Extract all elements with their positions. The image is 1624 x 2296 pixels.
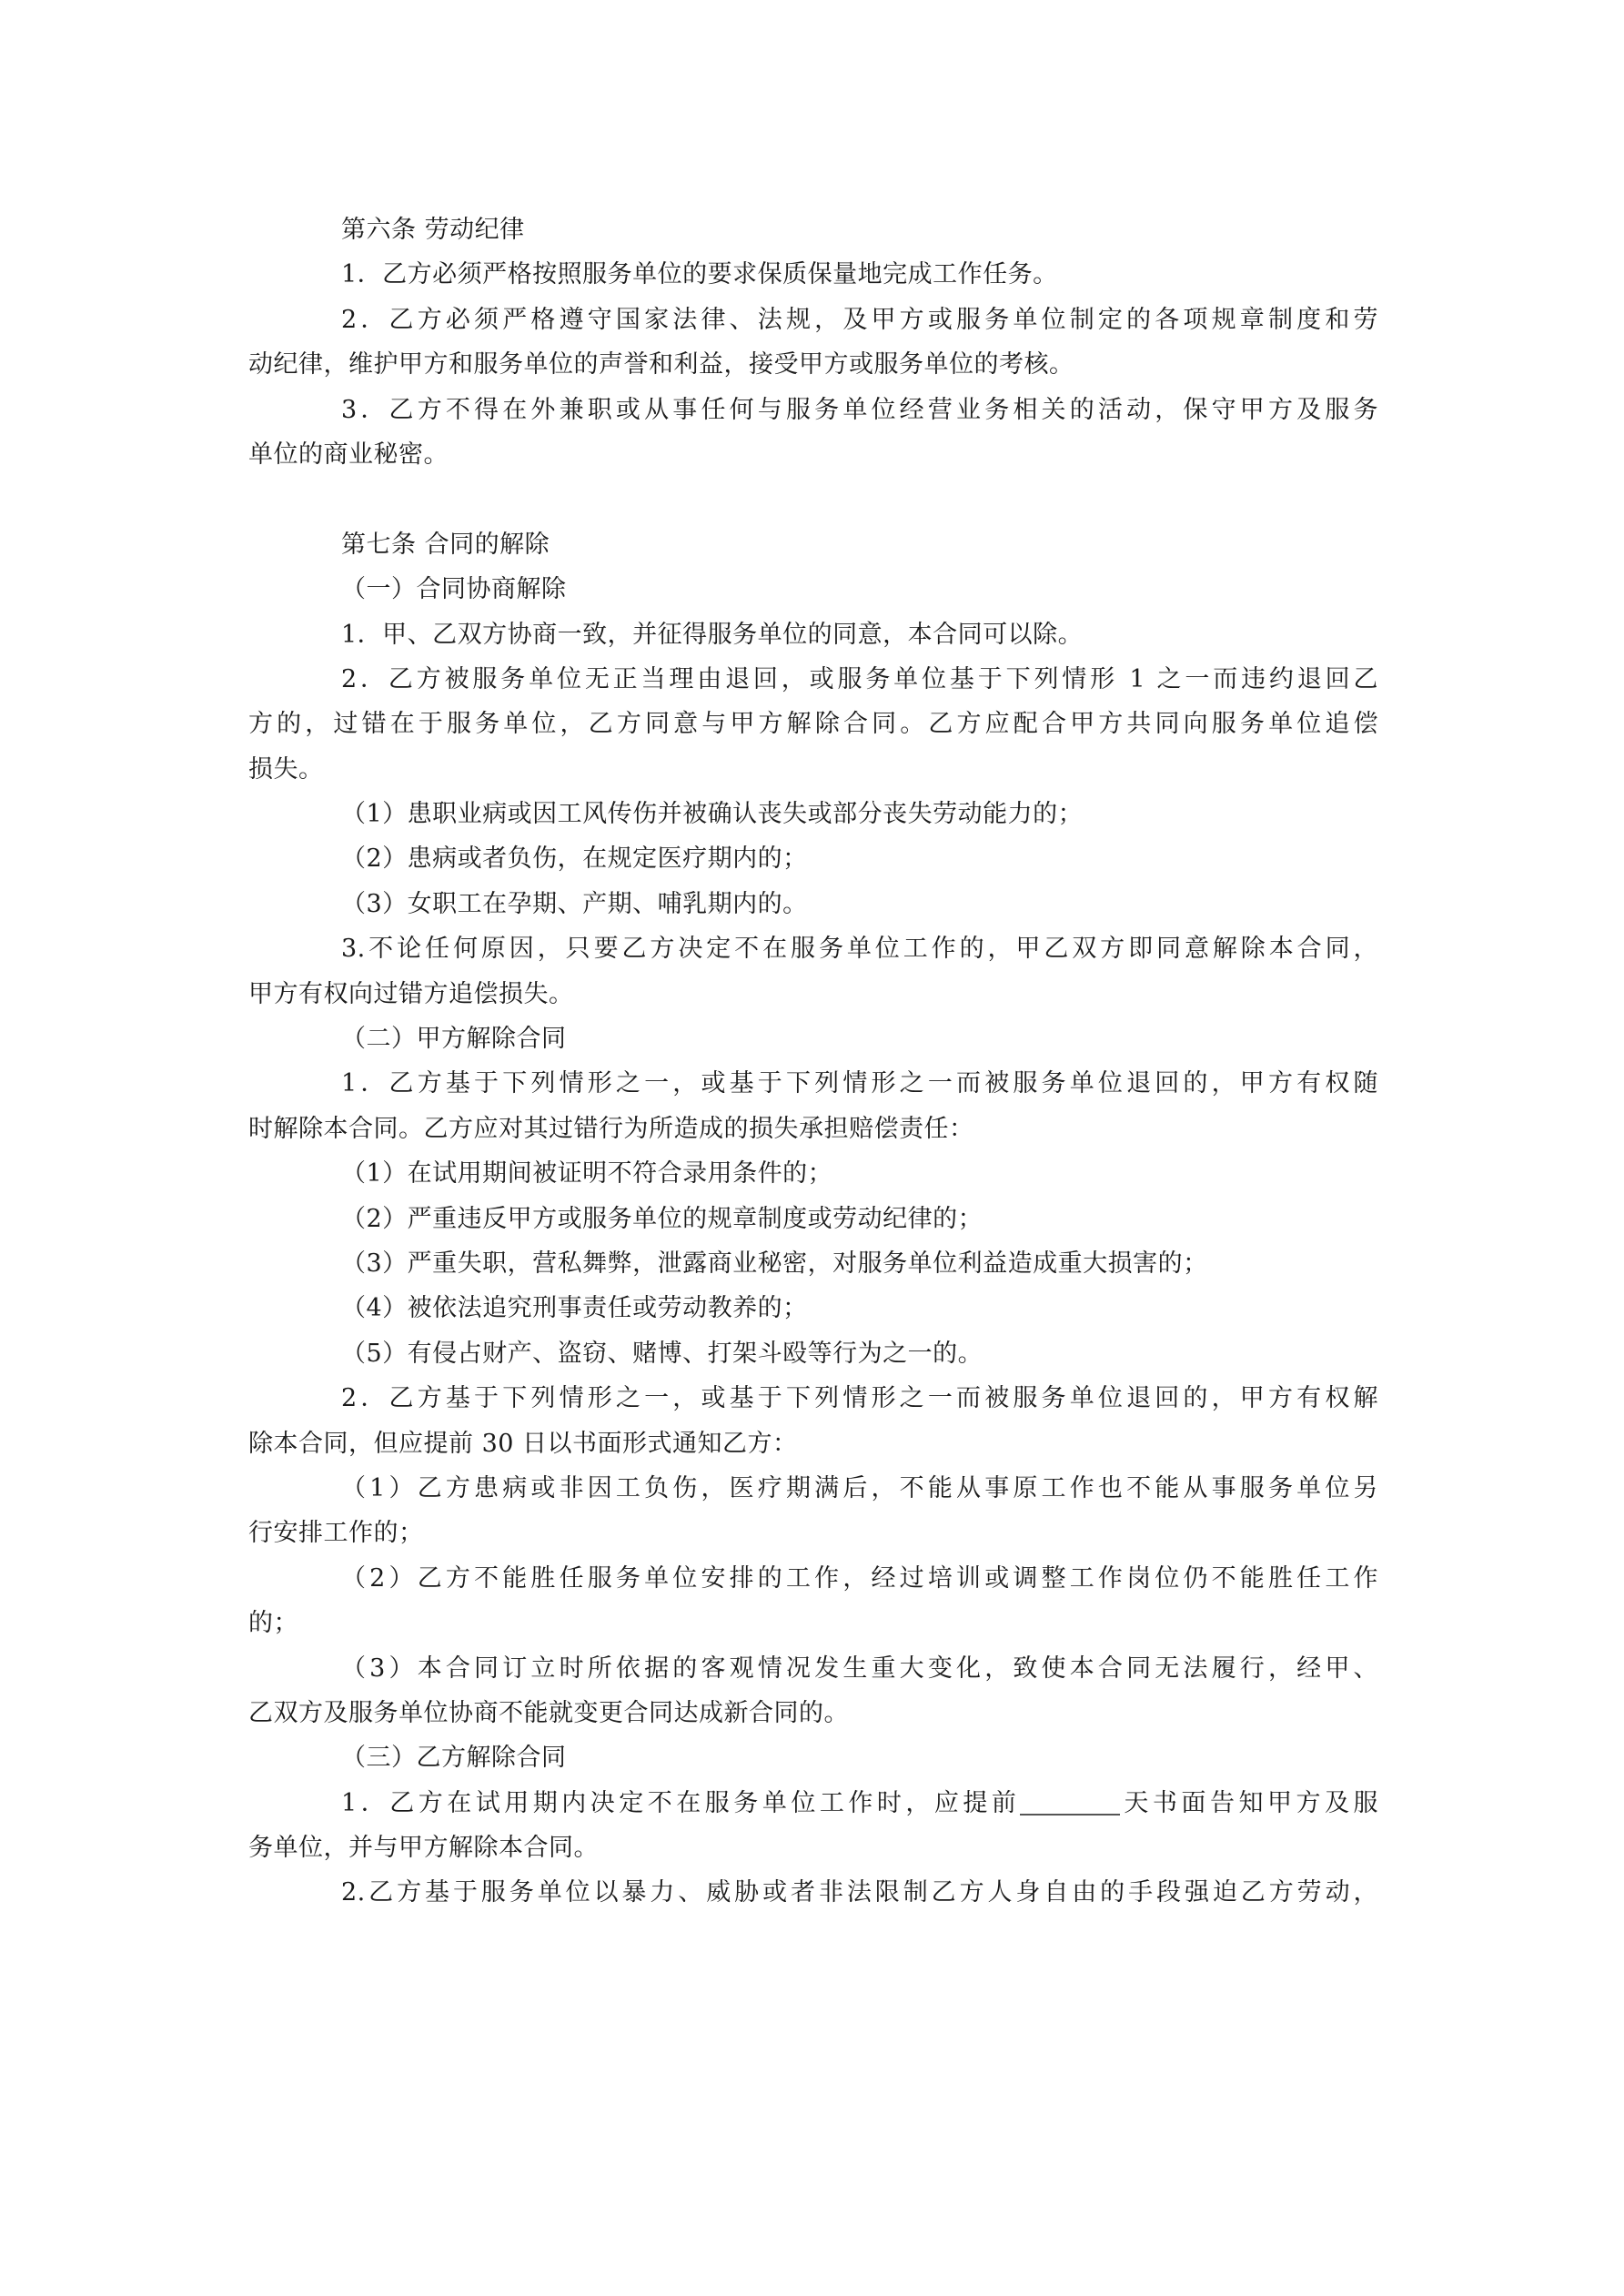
- paragraph-line: 行安排工作的；: [248, 1511, 1378, 1555]
- list-item: （1）患职业病或因工风传伤并被确认丧失或部分丧失劳动能力的；: [248, 792, 1378, 836]
- paragraph-line: 2.乙方基于服务单位以暴力、威胁或者非法限制乙方人身自由的手段强迫乙方劳动，: [248, 1870, 1378, 1915]
- paragraph-line: 1．乙方必须严格按照服务单位的要求保质保量地完成工作任务。: [248, 252, 1378, 297]
- list-item: （2）患病或者负伤，在规定医疗期内的；: [248, 836, 1378, 881]
- list-item: （2）严重违反甲方或服务单位的规章制度或劳动纪律的；: [248, 1197, 1378, 1241]
- subsection-heading: （二）甲方解除合同: [248, 1017, 1378, 1061]
- list-item: （1）在试用期间被证明不符合录用条件的；: [248, 1151, 1378, 1196]
- paragraph-line: 损失。: [248, 747, 1378, 792]
- list-item: （1）乙方患病或非因工负伤，医疗期满后，不能从事原工作也不能从事服务单位另: [248, 1466, 1378, 1511]
- list-item: （5）有侵占财产、盗窃、赌博、打架斗殴等行为之一的。: [248, 1331, 1378, 1376]
- list-item: （2）乙方不能胜任服务单位安排的工作，经过培训或调整工作岗位仍不能胜任工作: [248, 1556, 1378, 1601]
- paragraph-line: 乙双方及服务单位协商不能就变更合同达成新合同的。: [248, 1691, 1378, 1735]
- text-before-blank: 1．乙方在试用期内决定不在服务单位工作时，应提前: [341, 1789, 1020, 1817]
- paragraph-line: 3.不论任何原因，只要乙方决定不在服务单位工作的，甲乙双方即同意解除本合同，: [248, 926, 1378, 971]
- paragraph-line: 3．乙方不得在外兼职或从事任何与服务单位经营业务相关的活动，保守甲方及服务: [248, 388, 1378, 432]
- paragraph-line: 除本合同，但应提前 30 日以书面形式通知乙方：: [248, 1421, 1378, 1466]
- subsection-heading: （三）乙方解除合同: [248, 1735, 1378, 1780]
- spacer: [248, 477, 1378, 521]
- article-6-heading: 第六条 劳动纪律: [248, 207, 1378, 252]
- document-page: 第六条 劳动纪律 1．乙方必须严格按照服务单位的要求保质保量地完成工作任务。 2…: [248, 207, 1378, 1916]
- paragraph-line: 甲方有权向过错方追偿损失。: [248, 972, 1378, 1017]
- list-item: （3）本合同订立时所依据的客观情况发生重大变化，致使本合同无法履行，经甲、: [248, 1646, 1378, 1691]
- paragraph-line: 务单位，并与甲方解除本合同。: [248, 1826, 1378, 1870]
- paragraph-line: 2．乙方被服务单位无正当理由退回，或服务单位基于下列情形 1 之一而违约退回乙: [248, 657, 1378, 702]
- paragraph-line: 1．乙方基于下列情形之一，或基于下列情形之一而被服务单位退回的，甲方有权随: [248, 1061, 1378, 1106]
- paragraph-line: 2．乙方基于下列情形之一，或基于下列情形之一而被服务单位退回的，甲方有权解: [248, 1376, 1378, 1421]
- fill-in-blank: [1020, 1792, 1120, 1816]
- paragraph-line: 时解除本合同。乙方应对其过错行为所造成的损失承担赔偿责任：: [248, 1107, 1378, 1151]
- paragraph-line: 方的，过错在于服务单位，乙方同意与甲方解除合同。乙方应配合甲方共同向服务单位追偿: [248, 702, 1378, 746]
- article-7-heading: 第七条 合同的解除: [248, 522, 1378, 567]
- paragraph-line: 动纪律，维护甲方和服务单位的声誉和利益，接受甲方或服务单位的考核。: [248, 342, 1378, 387]
- paragraph-line: 的；: [248, 1601, 1378, 1645]
- paragraph-line: 单位的商业秘密。: [248, 432, 1378, 477]
- paragraph-line: 2．乙方必须严格遵守国家法律、法规，及甲方或服务单位制定的各项规章制度和劳: [248, 298, 1378, 342]
- paragraph-line: 1．甲、乙双方协商一致，并征得服务单位的同意，本合同可以除。: [248, 612, 1378, 657]
- list-item: （3）女职工在孕期、产期、哺乳期内的。: [248, 882, 1378, 926]
- paragraph-line: 1．乙方在试用期内决定不在服务单位工作时，应提前天书面告知甲方及服: [248, 1781, 1378, 1826]
- list-item: （3）严重失职，营私舞弊，泄露商业秘密，对服务单位利益造成重大损害的；: [248, 1241, 1378, 1286]
- list-item: （4）被依法追究刑事责任或劳动教养的；: [248, 1286, 1378, 1330]
- subsection-heading: （一）合同协商解除: [248, 567, 1378, 612]
- text-after-blank: 天书面告知甲方及服: [1120, 1789, 1378, 1817]
